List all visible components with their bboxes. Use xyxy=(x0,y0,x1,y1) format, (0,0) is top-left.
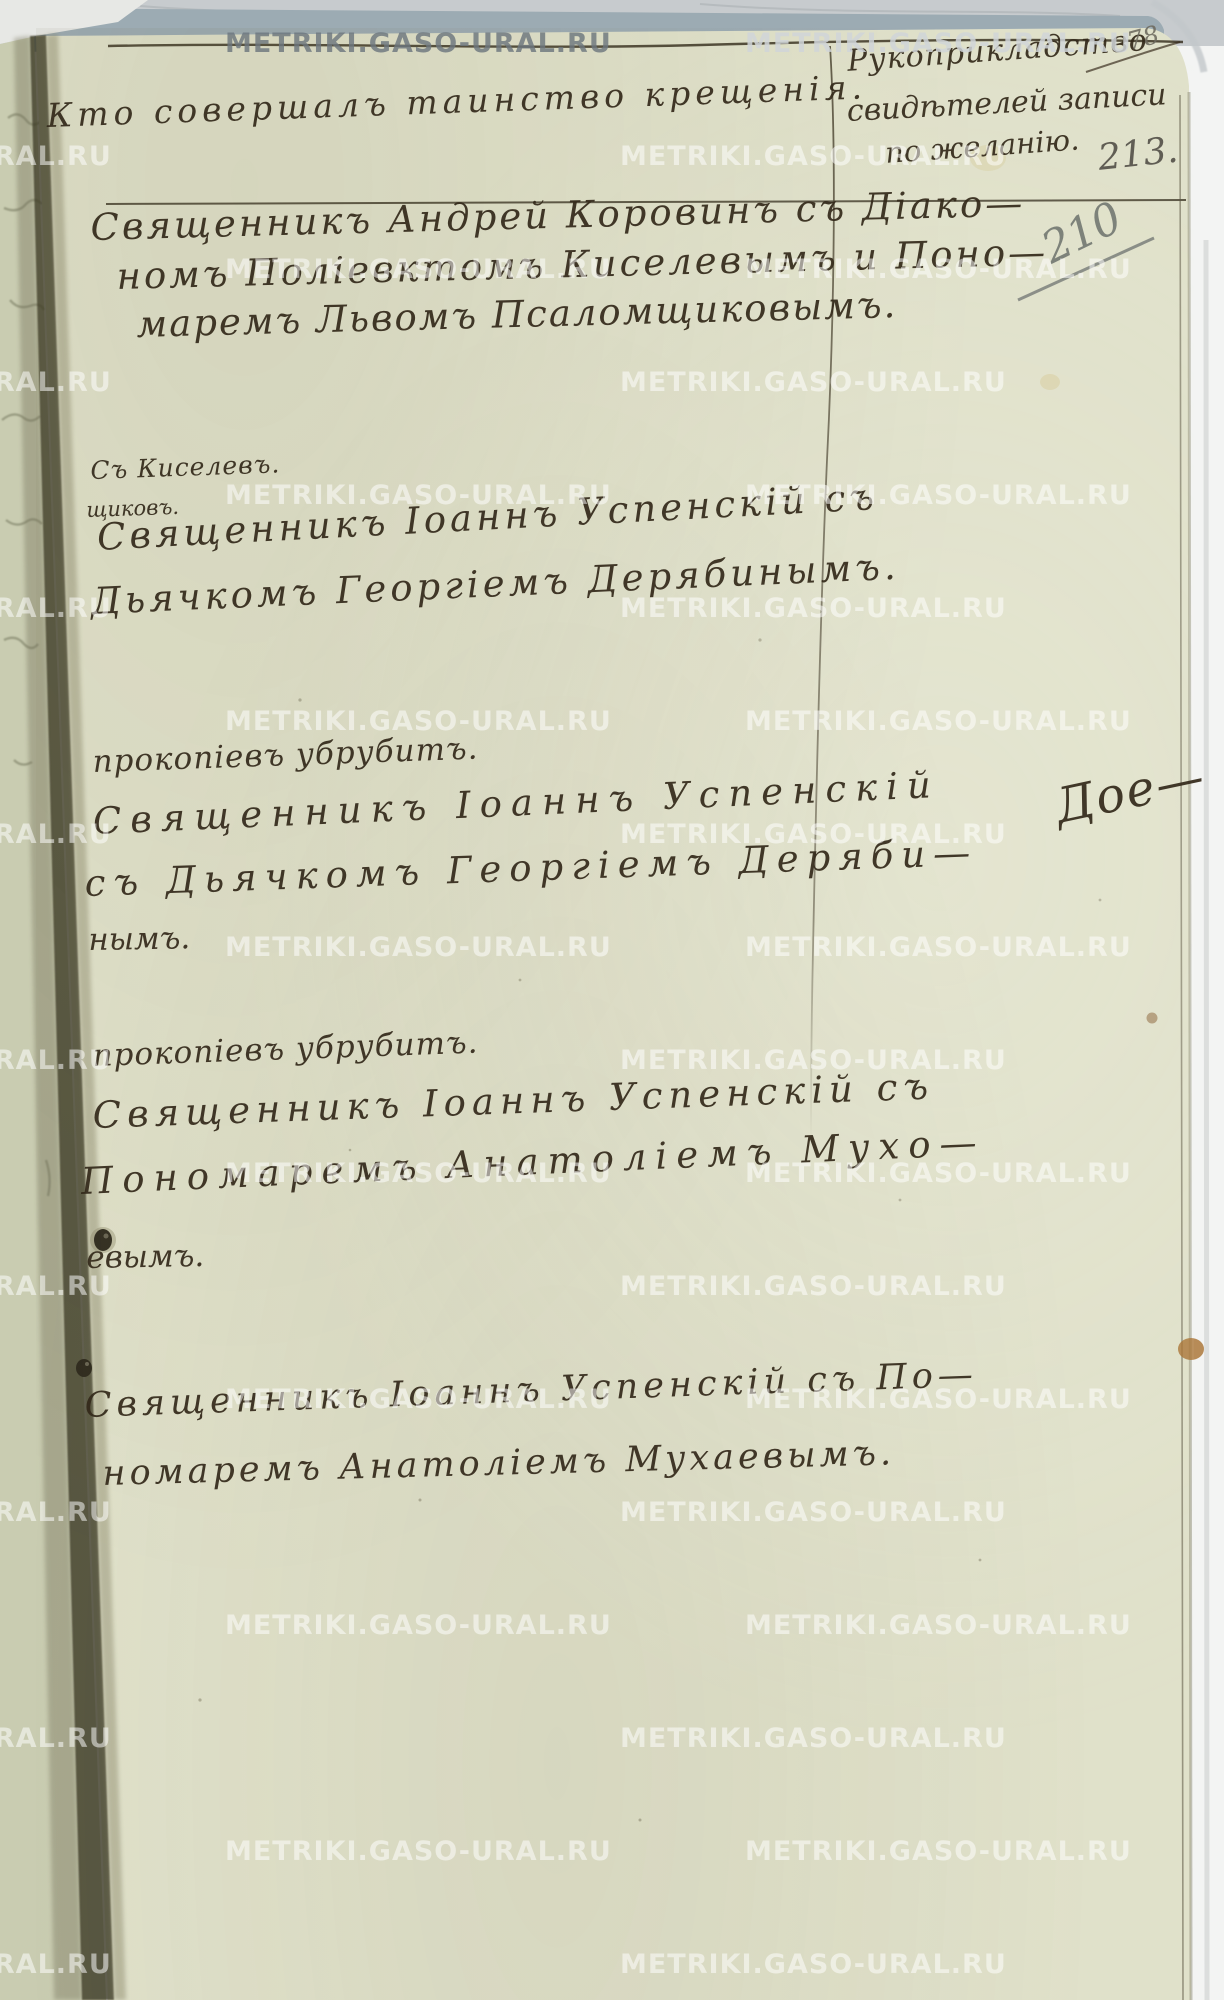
entry-5-line-2: номаремъ Анатоліемъ Мухаевымъ. xyxy=(102,1433,896,1494)
entry-3-line-2: съ Дьячкомъ Георгіемъ Деряби— xyxy=(84,831,979,905)
column-header-right-line-2: свидѣтелей записи xyxy=(846,77,1167,129)
entry-4-line-1: Священникъ Іоаннъ Успенскій съ xyxy=(92,1065,935,1137)
corner-mark: 78 xyxy=(1124,20,1162,56)
column-header-right-line-1: Рукоприкладство xyxy=(846,23,1149,79)
folio-number: 213. xyxy=(1096,130,1180,179)
entry-2-margin-note-1: Съ Киселевъ. xyxy=(90,449,281,485)
entry-3-margin-note: прокопіевъ убрубитъ. xyxy=(92,731,479,780)
entry-2-line-2: Дьячкомъ Георгіемъ Дерябинымъ. xyxy=(90,545,900,623)
entry-4-line-2: Пономаремъ Анатоліемъ Мухо— xyxy=(80,1121,986,1203)
entry-5-line-1: Священникъ Іоаннъ Успенскій съ По— xyxy=(84,1355,978,1426)
column-header-left: Кто совершалъ таинство крещенія. xyxy=(46,67,868,135)
entry-4-margin-note: прокопіевъ убрубитъ. xyxy=(92,1025,479,1074)
handwriting-layer: Кто совершалъ таинство крещенія. Рукопри… xyxy=(0,0,1224,2000)
entry-4-line-3: евымъ. xyxy=(86,1238,204,1276)
column-header-right-line-3: по желанію. xyxy=(884,122,1080,169)
scanned-metric-book-page: Кто совершалъ таинство крещенія. Рукопри… xyxy=(0,0,1224,2000)
entry-3-right-column-note: Дое— xyxy=(1050,748,1211,834)
entry-3-line-3: нымъ. xyxy=(88,920,191,958)
entry-2-line-1: Священникъ Іоаннъ Успенскій съ xyxy=(96,475,879,559)
